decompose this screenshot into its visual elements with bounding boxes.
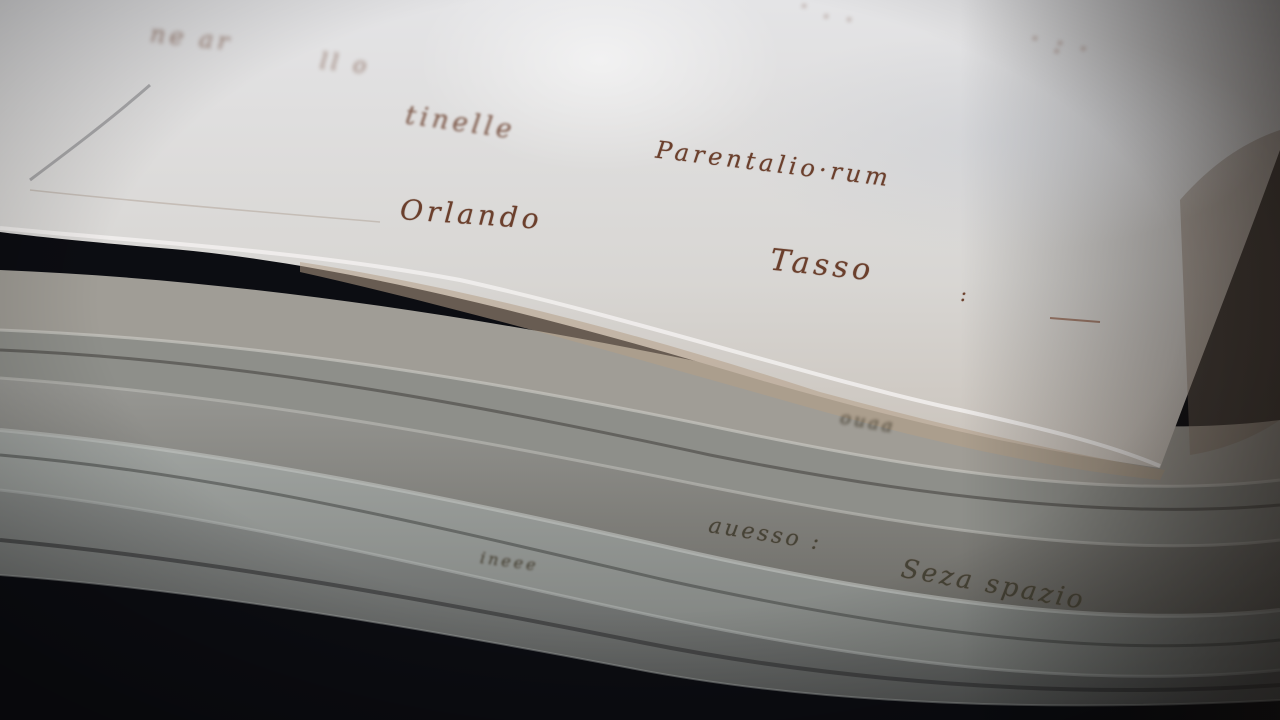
- handwriting-line: :: [960, 282, 971, 306]
- page-stack-illustration: [0, 0, 1280, 720]
- manuscript-photo: ne ar ll o · . . · : · tinelle Parentali…: [0, 0, 1280, 720]
- handwriting-blurred: ll o: [319, 49, 372, 79]
